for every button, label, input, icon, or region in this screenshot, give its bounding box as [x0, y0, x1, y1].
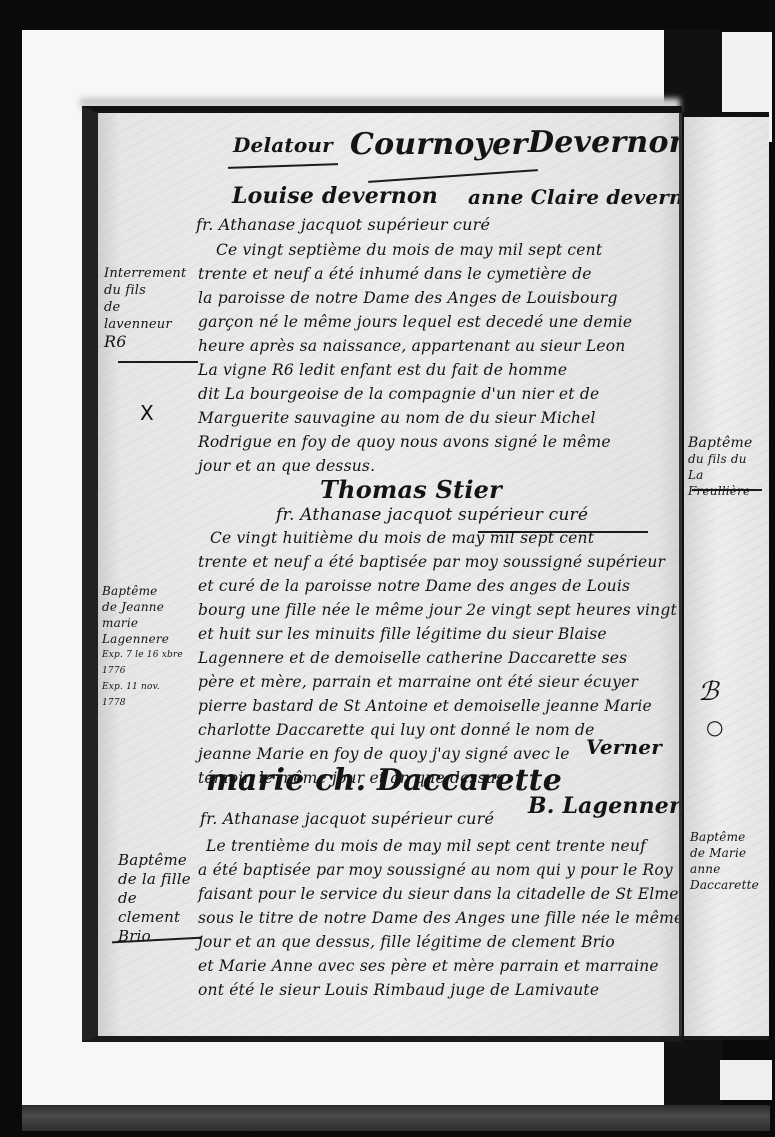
entry-line: a été baptisée par moy soussigné au nom … [198, 861, 673, 879]
margin-line: Baptême [688, 435, 768, 451]
entry-line: Lagennere et de demoiselle catherine Dac… [198, 649, 627, 667]
underline-flourish [368, 169, 538, 183]
margin-line: de la fille [118, 870, 194, 889]
mount-card-right-bottom [720, 1060, 772, 1100]
facing-page-partial: Baptême du fils du La Freullière ℬ ○ Bap… [684, 112, 769, 1040]
entry-line: faisant pour le service du sieur dans la… [198, 885, 679, 903]
margin-line: Interrement [104, 265, 184, 282]
margin-line: Exp. 7 le 16 xbre 1776 [102, 647, 186, 679]
signature-marie-daccarette: marie ch. Daccarette [206, 763, 562, 798]
margin-rule [692, 489, 762, 491]
entry-line: et Marie Anne avec ses père et mère parr… [198, 957, 659, 975]
entry-line: père et mère, parrain et marraine ont ét… [198, 673, 638, 691]
signature-verner: Verner [586, 735, 662, 759]
entry-line: sous le titre de notre Dame des Anges un… [198, 909, 683, 927]
margin-line: de Marie [690, 845, 770, 861]
signature-devernon: Devernon [528, 125, 691, 160]
entry-line: La vigne R6 ledit enfant est du fait de … [198, 361, 567, 379]
signature-anne-claire-devernon: anne Claire devernon [468, 185, 712, 209]
entry-line: heure après sa naissance, appartenant au… [198, 337, 625, 355]
margin-line: La Freullière [688, 467, 768, 499]
margin-note-burial: Interrement du fils de lavenneur R6 [104, 265, 184, 350]
margin-line: Baptême [102, 583, 186, 599]
margin-line: Baptême [118, 851, 194, 870]
entry-line: jour et an que dessus, fille légitime de… [198, 933, 615, 951]
margin-line: anne [690, 861, 770, 877]
flourish-mark: ℬ [698, 677, 719, 707]
margin-line: du fils du [688, 451, 768, 467]
signature-lagennere: B. Lagennere [528, 793, 695, 819]
entry-line: jour et an que dessus. [198, 457, 375, 475]
margin-line: de clement [118, 889, 194, 927]
entry-line: et curé de la paroisse notre Dame des an… [198, 577, 630, 595]
margin-note-baptism-brio: Baptême de la fille de clement Brio [118, 851, 194, 946]
signature-louise-devernon: Louise devernon [232, 183, 438, 209]
margin-line: de lavenneur [104, 299, 184, 333]
margin-line: R6 [104, 333, 184, 350]
entry-line: garçon né le même jours lequel est deced… [198, 313, 632, 331]
register-page: Delatour Cournoyer Devernon Louise dever… [82, 106, 682, 1042]
entry-line: Ce vingt septième du mois de may mil sep… [216, 241, 602, 259]
entry-line: et huit sur les minuits fille légitime d… [198, 625, 607, 643]
margin-line: du fils [104, 282, 184, 299]
cross-mark: X [140, 401, 154, 425]
officiant-signature: fr. Athanase jacquot supérieur curé [276, 505, 588, 525]
margin-note-baptism-jeanne-marie: Baptême de Jeanne marie Lagennere Exp. 7… [102, 583, 186, 711]
facing-margin-note-baptism-daccarette: Baptême de Marie anne Daccarette [690, 829, 770, 893]
signature-thomas-stier: Thomas Stier [320, 475, 502, 504]
entry-line: dit La bourgeoise de la compagnie d'un n… [198, 385, 599, 403]
entry-line: Ce vingt huitième du mois de may mil sep… [210, 529, 594, 547]
entry-line: charlotte Daccarette qui luy ont donné l… [198, 721, 594, 739]
entry-line: Marguerite sauvagine au nom de du sieur … [198, 409, 596, 427]
margin-line: Brio [118, 927, 194, 946]
margin-line: Exp. 11 nov. 1778 [102, 679, 186, 711]
officiant-signature: fr. Athanase jacquot supérieur curé [196, 215, 490, 234]
entry-line: Rodrigue en foy de quoy nous avons signé… [198, 433, 611, 451]
signature-cournoyer: Cournoyer [350, 127, 527, 162]
bottom-edge [22, 1105, 770, 1131]
flourish-mark: ○ [706, 715, 724, 739]
officiant-signature: fr. Athanase jacquot supérieur curé [200, 809, 494, 828]
margin-line: marie [102, 615, 186, 631]
underline-flourish [228, 163, 338, 169]
entry-line: trente et neuf a été inhumé dans le cyme… [198, 265, 592, 283]
entry-line: ont été le sieur Louis Rimbaud juge de L… [198, 981, 599, 999]
margin-line: Lagennere [102, 631, 186, 647]
entry-line: Le trentième du mois de may mil sept cen… [206, 837, 646, 855]
margin-line: Baptême [690, 829, 770, 845]
signature-delatour: Delatour [233, 133, 333, 157]
margin-line: de Jeanne [102, 599, 186, 615]
entry-line: pierre bastard de St Antoine et demoisel… [198, 697, 652, 715]
entry-line: jeanne Marie en foy de quoy j'ay signé a… [198, 745, 570, 763]
margin-line: Daccarette [690, 877, 770, 893]
entry-line: la paroisse de notre Dame des Anges de L… [198, 289, 618, 307]
margin-rule [118, 361, 198, 363]
entry-line: bourg une fille née le même jour 2e ving… [198, 601, 677, 619]
entry-line: trente et neuf a été baptisée par moy so… [198, 553, 665, 571]
